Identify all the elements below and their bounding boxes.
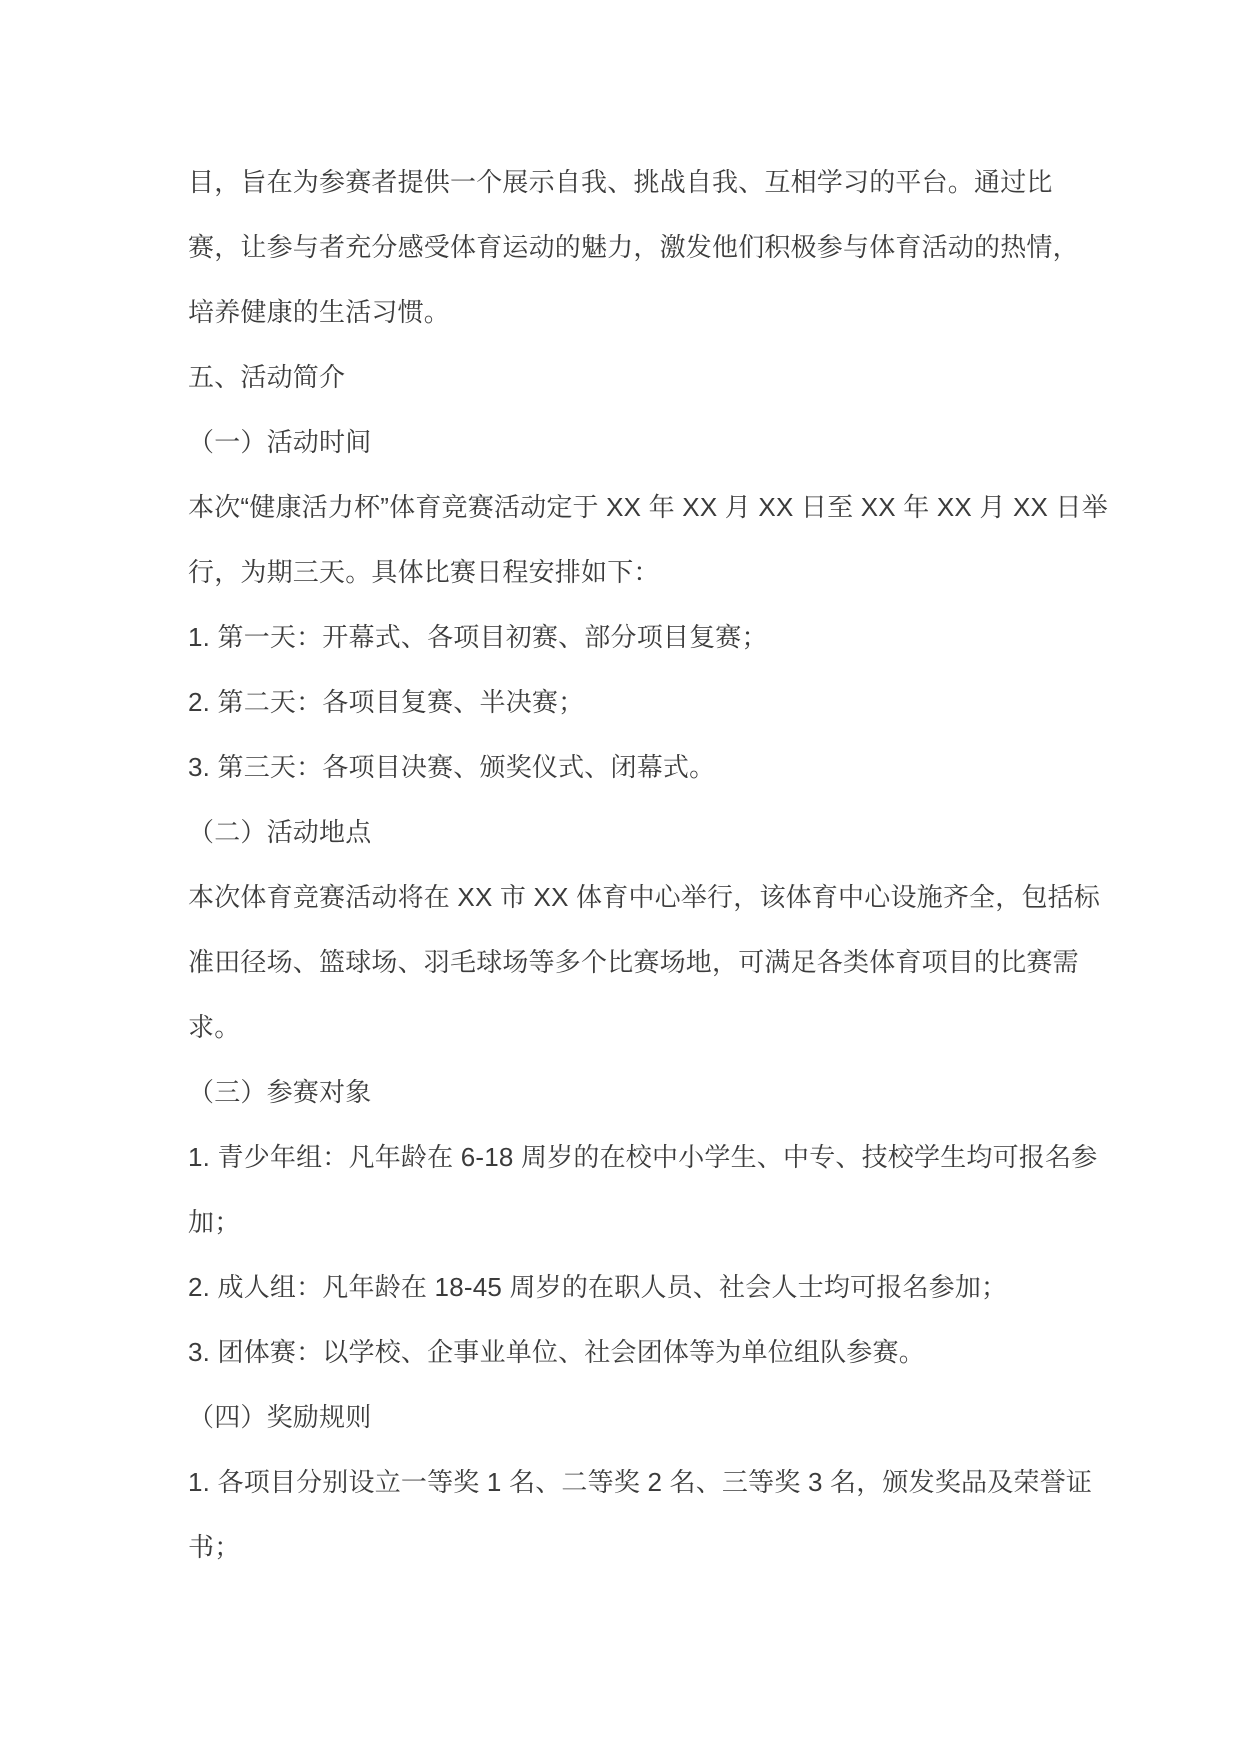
list-item: 1. 第一天：开幕式、各项目初赛、部分项目复赛； (188, 605, 1090, 670)
body-text-line: 准田径场、篮球场、羽毛球场等多个比赛场地，可满足各类体育项目的比赛需 (188, 930, 1090, 995)
subsection-heading: （二）活动地点 (188, 800, 1090, 865)
list-item: 3. 团体赛：以学校、企事业单位、社会团体等为单位组队参赛。 (188, 1320, 1090, 1385)
list-item-continuation: 加； (188, 1190, 1090, 1255)
body-text-line: 本次“健康活力杯”体育竞赛活动定于 XX 年 XX 月 XX 日至 XX 年 X… (188, 475, 1090, 540)
subsection-heading: （三）参赛对象 (188, 1060, 1090, 1125)
body-text-line: 培养健康的生活习惯。 (188, 280, 1090, 345)
body-text-line: 本次体育竞赛活动将在 XX 市 XX 体育中心举行，该体育中心设施齐全，包括标 (188, 865, 1090, 930)
list-item: 1. 青少年组：凡年龄在 6-18 周岁的在校中小学生、中专、技校学生均可报名参 (188, 1125, 1090, 1190)
list-item: 2. 第二天：各项目复赛、半决赛； (188, 670, 1090, 735)
list-item: 3. 第三天：各项目决赛、颁奖仪式、闭幕式。 (188, 735, 1090, 800)
body-text-line: 行，为期三天。具体比赛日程安排如下： (188, 540, 1090, 605)
list-item: 1. 各项目分别设立一等奖 1 名、二等奖 2 名、三等奖 3 名，颁发奖品及荣… (188, 1450, 1090, 1515)
list-item-continuation: 书； (188, 1515, 1090, 1580)
list-item: 2. 成人组：凡年龄在 18-45 周岁的在职人员、社会人士均可报名参加； (188, 1255, 1090, 1320)
body-text-line: 目，旨在为参赛者提供一个展示自我、挑战自我、互相学习的平台。通过比 (188, 150, 1090, 215)
body-text-line: 赛，让参与者充分感受体育运动的魅力，激发他们积极参与体育活动的热情， (188, 215, 1090, 280)
body-text-line: 求。 (188, 995, 1090, 1060)
document-page: 目，旨在为参赛者提供一个展示自我、挑战自我、互相学习的平台。通过比 赛，让参与者… (0, 0, 1240, 1753)
subsection-heading: （四）奖励规则 (188, 1385, 1090, 1450)
subsection-heading: （一）活动时间 (188, 410, 1090, 475)
section-heading: 五、活动简介 (188, 345, 1090, 410)
